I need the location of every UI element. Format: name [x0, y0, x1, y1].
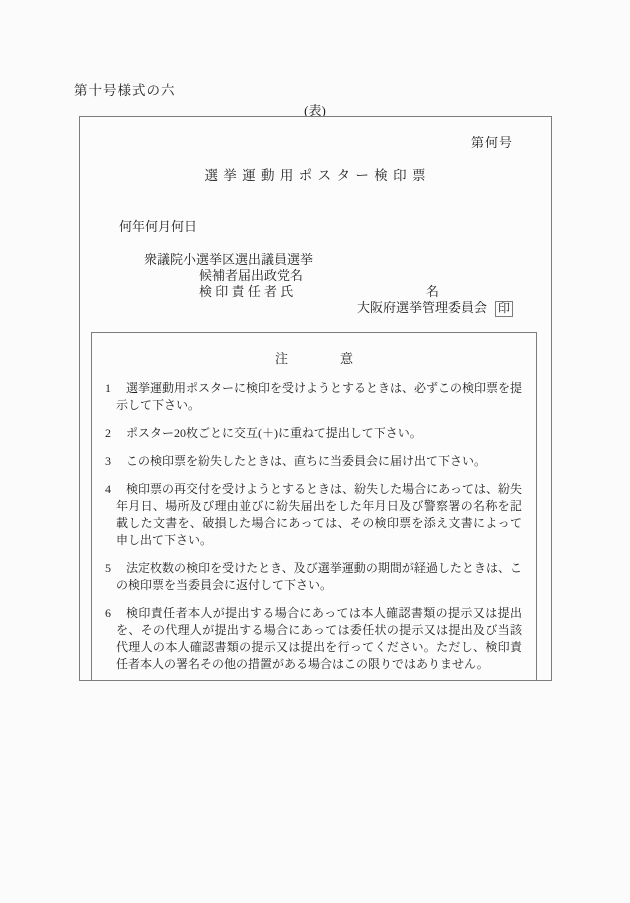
note-number: 3	[105, 453, 111, 470]
committee-line: 大阪府選挙管理委員会印	[80, 300, 551, 317]
note-text: ポスター20枚ごとに交互(＋)に重ねて提出して下さい。	[126, 426, 422, 440]
notes-list: 1 選挙運動用ポスターに検印を受けようとするときは、必ずこの検印票を提示して下さ…	[92, 380, 536, 673]
note-text: 法定枚数の検印を受けたとき、及び選挙運動の期間が経過したときは、この検印票を当委…	[116, 561, 522, 592]
note-item-5: 5 法定枚数の検印を受けたとき、及び選挙運動の期間が経過したときは、この検印票を…	[92, 560, 522, 594]
note-item-4: 4 検印票の再交付を受けようとするときは、紛失した場合にあっては、紛失年月日、場…	[92, 481, 522, 549]
note-item-3: 3 この検印票を紛失したときは、直ちに当委員会に届け出て下さい。	[92, 453, 522, 470]
note-item-1: 1 選挙運動用ポスターに検印を受けようとするときは、必ずこの検印票を提示して下さ…	[92, 380, 522, 414]
note-number: 5	[105, 560, 111, 577]
committee-name: 大阪府選挙管理委員会	[357, 300, 487, 315]
note-number: 1	[105, 380, 111, 397]
note-number: 6	[105, 605, 111, 622]
date-line: 何年何月何日	[119, 216, 551, 235]
form-number-label: 第十号様式の六	[74, 79, 176, 99]
note-text: 検印責任者本人が提出する場合にあっては本人確認書類の提示又は提出を、その代理人が…	[116, 606, 522, 671]
officer-label-right: 名	[426, 284, 439, 299]
notes-title: 注 意	[92, 348, 536, 367]
party-name-line: 候補者届出政党名	[199, 268, 551, 283]
page-title: 選 挙 運 動 用 ポ ス タ ー 検 印 票	[80, 164, 551, 184]
document-number: 第何号	[80, 132, 551, 151]
note-text: 選挙運動用ポスターに検印を受けようとするときは、必ずこの検印票を提示して下さい。	[116, 381, 522, 412]
notes-border: 注 意 1 選挙運動用ポスターに検印を受けようとするときは、必ずこの検印票を提示…	[91, 332, 537, 681]
note-item-6: 6 検印責任者本人が提出する場合にあっては本人確認書類の提示又は提出を、その代理…	[92, 605, 522, 673]
seal-stamp-mark: 印	[495, 301, 513, 317]
document-page: 第十号様式の六 (表) 第何号 選 挙 運 動 用 ポ ス タ ー 検 印 票 …	[0, 0, 630, 903]
note-number: 2	[105, 425, 111, 442]
form-outer-border: 第何号 選 挙 運 動 用 ポ ス タ ー 検 印 票 何年何月何日 衆議院小選…	[79, 116, 552, 681]
note-text: この検印票を紛失したときは、直ちに当委員会に届け出て下さい。	[126, 454, 486, 468]
seal-officer-name-line: 検 印 責 任 者 氏 名	[199, 284, 439, 299]
officer-label-left: 検 印 責 任 者 氏	[199, 284, 293, 299]
note-number: 4	[105, 481, 111, 498]
note-text: 検印票の再交付を受けようとするときは、紛失した場合にあっては、紛失年月日、場所及…	[116, 482, 522, 547]
election-name-line: 衆議院小選挙区選出議員選挙	[144, 252, 551, 267]
note-item-2: 2 ポスター20枚ごとに交互(＋)に重ねて提出して下さい。	[92, 425, 522, 442]
